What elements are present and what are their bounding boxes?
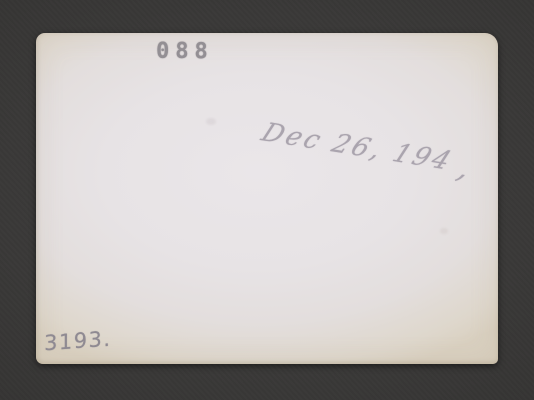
handwritten-date-text: Dec 26, 194 bbox=[257, 118, 458, 176]
handwritten-date-tail-mark: , bbox=[452, 152, 479, 186]
paper-stain bbox=[440, 228, 448, 234]
photograph-verso-card: 088 Dec 26, 194, 3193. bbox=[36, 33, 498, 364]
photo-back-scene: 088 Dec 26, 194, 3193. bbox=[0, 0, 534, 400]
stamped-number: 088 bbox=[156, 39, 214, 65]
catalog-number: 3193. bbox=[44, 327, 111, 356]
paper-stain bbox=[206, 118, 216, 125]
handwritten-date: Dec 26, 194, bbox=[260, 114, 464, 180]
